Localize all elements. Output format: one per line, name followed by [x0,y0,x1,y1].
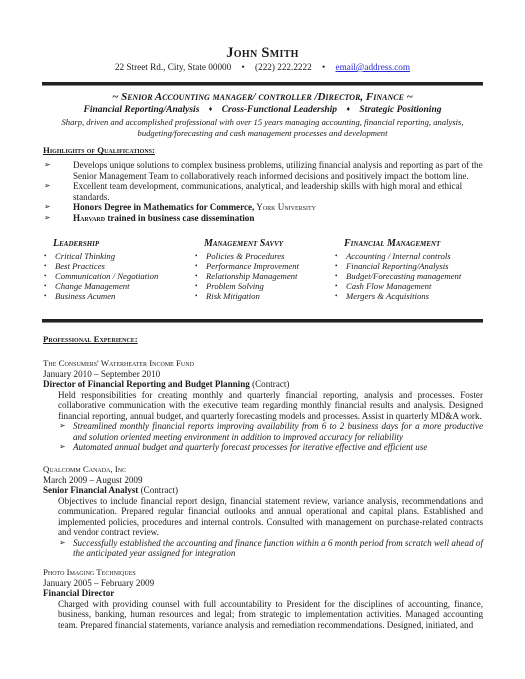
candidate-name: John Smith [0,45,525,62]
list-item: Critical Thinking [44,251,158,261]
achievements-list: ➢Streamlined monthly financial reports i… [43,421,483,453]
email-link[interactable]: email@address.com [336,62,411,72]
skills-column-financial: Financial Management Accounting / Intern… [335,238,461,301]
list-item: ➢ Develops unique solutions to complex b… [43,160,483,181]
bullet-separator: • [242,62,245,72]
list-item: Risk Mitigation [195,291,299,301]
job-title: Director of Financial Reporting and Budg… [43,379,483,390]
focus-area: Strategic Positioning [359,105,441,115]
arrow-bullet-icon: ➢ [44,213,51,224]
list-item: Financial Reporting/Analysis [335,261,461,271]
headline-title: ~ Senior Accounting manager/ controller … [0,91,525,103]
job-dates: March 2009 – August 2009 [43,475,483,486]
top-divider [42,82,483,85]
list-item: Accounting / Internal controls [335,251,461,261]
job-description: Charged with providing counsel with full… [43,599,483,631]
skills-column-management: Management Savvy Policies & Procedures P… [195,238,299,301]
arrow-bullet-icon: ➢ [44,202,51,213]
column-title: Leadership [53,238,158,249]
professional-summary: Sharp, driven and accomplished professio… [52,117,473,138]
arrow-bullet-icon: ➢ [59,538,66,549]
contact-line: 22 Street Rd., City, State 00000 • (222)… [0,62,525,72]
list-item: ➢Successfully established the accounting… [58,538,483,559]
focus-area: Financial Reporting/Analysis [84,105,200,115]
list-item: Performance Improvement [195,261,299,271]
highlights-list: ➢ Develops unique solutions to complex b… [43,160,483,224]
arrow-bullet-icon: ➢ [44,160,51,171]
diamond-icon: ♦ [346,105,350,113]
diamond-icon: ♦ [209,105,213,113]
list-item: Problem Solving [195,281,299,291]
list-item: Relationship Management [195,271,299,281]
list-item: Mergers & Acquisitions [335,291,461,301]
list-item: Change Management [44,281,158,291]
company-name: The Consumers' Waterheater Income Fund [43,358,483,369]
job-entry: Photo Imaging Techniques January 2005 – … [43,567,483,630]
company-name: Qualcomm Canada, Inc [43,464,483,475]
job-description: Objectives to include financial report d… [43,496,483,538]
focus-areas: Financial Reporting/Analysis ♦ Cross-Fun… [0,105,525,115]
arrow-bullet-icon: ➢ [59,421,66,432]
phone: (222) 222.2222 [255,62,312,72]
list-item: Policies & Procedures [195,251,299,261]
job-dates: January 2005 – February 2009 [43,578,483,589]
list-item: ➢ Harvard trained in business case disse… [43,213,483,224]
address: 22 Street Rd., City, State 00000 [115,62,231,72]
focus-area: Cross-Functional Leadership [222,105,337,115]
achievements-list: ➢Successfully established the accounting… [43,538,483,559]
job-title: Financial Director [43,588,483,599]
experience-heading: Professional Experience: [43,334,138,344]
company-name: Photo Imaging Techniques [43,567,483,578]
resume-page: John Smith 22 Street Rd., City, State 00… [0,0,525,679]
list-item: ➢ Honors Degree in Mathematics for Comme… [43,202,483,213]
list-item: Communication / Negotiation [44,271,158,281]
job-dates: January 2010 – September 2010 [43,369,483,380]
job-entry: Qualcomm Canada, Inc March 2009 – August… [43,464,483,559]
column-title: Management Savvy [204,238,299,249]
job-description: Held responsibilities for creating month… [43,390,483,422]
skills-column-leadership: Leadership Critical Thinking Best Practi… [44,238,158,301]
list-item: Cash Flow Management [335,281,461,291]
section-divider [42,319,483,322]
job-title: Senior Financial Analyst (Contract) [43,485,483,496]
arrow-bullet-icon: ➢ [44,181,51,192]
list-item: Budget/Forecasting management [335,271,461,281]
list-item: ➢ Excellent team development, communicat… [43,181,483,202]
list-item: Best Practices [44,261,158,271]
column-title: Financial Management [344,238,461,249]
list-item: ➢Streamlined monthly financial reports i… [58,421,483,442]
arrow-bullet-icon: ➢ [59,442,66,453]
list-item: Business Acumen [44,291,158,301]
list-item: ➢Automated annual budget and quarterly f… [58,442,483,453]
bullet-separator: • [322,62,325,72]
job-entry: The Consumers' Waterheater Income Fund J… [43,358,483,453]
highlights-heading: Highlights of Qualifications: [43,145,155,155]
